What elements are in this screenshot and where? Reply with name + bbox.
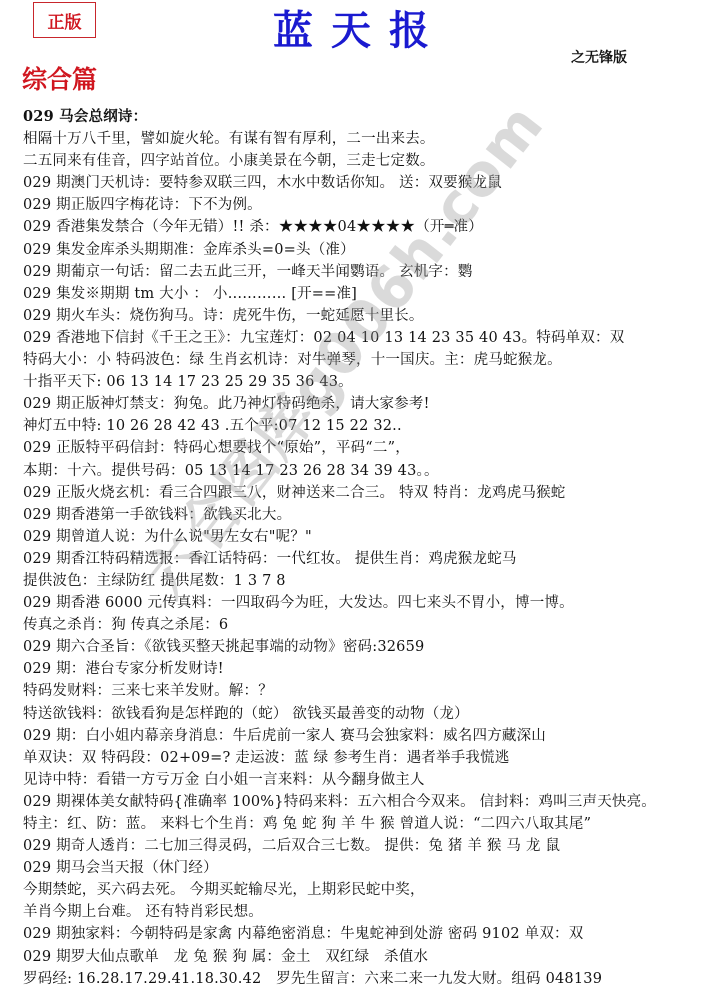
text-line: 神灯五中特: 10 26 28 42 43 .五个平:07 12 15 22 3… (23, 415, 715, 437)
text-line: 罗码经: 16.28.17.29.41.18.30.42 罗先生留言：六来二来一… (23, 968, 715, 990)
text-line: 相隔十万八千里，譬如旋火轮。有谋有智有厚利，二一出来去。 (23, 128, 715, 150)
text-line: 029 期澳门天机诗：要特参双联三四，木水中数话你知。 送：双要猴龙鼠 (23, 172, 715, 194)
text-line: 029 香港集发禁合（今年无错）!! 杀：★★★★04★★★★（开═准） (23, 216, 715, 238)
text-line: 今期禁蛇，买六码去死。 今期买蛇输尽光，上期彩民蛇中奖， (23, 879, 715, 901)
text-line: 029 期：白小姐内幕亲身消息：牛后虎前一家人 赛马会独家料：威名四方藏深山 (23, 725, 715, 747)
text-line: 029 期香港 6000 元传真料：一四取码今为旺，大发达。四七来头不胃小，博一… (23, 592, 715, 614)
article-body: 029 马会总纲诗： 相隔十万八千里，譬如旋火轮。有谋有智有厚利，二一出来去。 … (23, 106, 715, 990)
text-line: 029 期独家料：今朝特码是家禽 内幕绝密消息：牛鬼蛇神到处游 密码 9102 … (23, 923, 715, 945)
text-line: 029 期六合圣旨：《欲钱买整天挑起事端的动物》密码:32659 (23, 636, 715, 658)
version-badge: 正版 (33, 2, 96, 38)
text-line: 单双诀：双 特码段：02+09=? 走运波：蓝 绿 参考生肖：遇者举手我慌逃 (23, 747, 715, 769)
text-line: 029 期葡京一句话：留二去五此三开，一峰天半闻鹦语。 玄机字：鹦 (23, 261, 715, 283)
text-line: 十指平天下: 06 13 14 17 23 25 29 35 36 43。 (23, 371, 715, 393)
text-line: 提供波色：主绿防红 提供尾数：1 3 7 8 (23, 570, 715, 592)
text-line: 029 期裸体美女献特码{准确率 100%}特码来料：五六相合今双来。 信封料：… (23, 791, 715, 813)
text-line: 029 期正版四字梅花诗：下不为例。 (23, 194, 715, 216)
text-line: 029 期正版神灯禁支：狗兔。此乃神灯特码绝杀，请大家参考! (23, 393, 715, 415)
text-line: 029 期香港第一手欲钱料：欲钱买北大。 (23, 504, 715, 526)
text-line: 传真之杀肖：狗 传真之杀尾：6 (23, 614, 715, 636)
text-line: 羊肖今期上台难。 还有特肖彩民想。 (23, 901, 715, 923)
text-line: 029 集发金库杀头期期准：金库杀头=0=头（准） (23, 239, 715, 261)
text-line: 029 期曾道人说：为什么说"男左女右"呢？" (23, 526, 715, 548)
text-line: 029 期香江特码精选报：香江话特码：一代红妆。 提供生肖：鸡虎猴龙蛇马 (23, 548, 715, 570)
text-line: 029 期火车头：烧伤狗马。诗：虎死牛伤，一蛇延愿十里长。 (23, 305, 715, 327)
text-line: 二五同来有佳音，四字站首位。小康美景在今朝，三走七定数。 (23, 150, 715, 172)
text-line: 029 期奇人透肖：二七加三得灵码，二后双合三七数。 提供：兔 猪 羊 猴 马 … (23, 835, 715, 857)
section-title: 综合篇 (22, 60, 97, 96)
text-line: 029 期：港台专家分析发财诗! (23, 658, 715, 680)
text-line: 特主：红、防：蓝。 来料七个生肖：鸡 兔 蛇 狗 羊 牛 猴 曾道人说：“二四六… (23, 813, 715, 835)
text-line: 本期：十六。提供号码：05 13 14 17 23 26 28 34 39 43… (23, 460, 715, 482)
text-line: 特码发财料：三来七来羊发财。解：？ (23, 680, 715, 702)
text-line: 029 马会总纲诗： (23, 106, 715, 128)
page-title: 蓝天报 (250, 2, 470, 52)
edition-label: 之无锋版 (571, 47, 627, 67)
text-line: 029 正版特平码信封：特码心想要找个“原始”，平码“二”， (23, 437, 715, 459)
text-line: 029 正版火烧玄机：看三合四跟三八，财神送来二合三。 特双 特肖：龙鸡虎马猴蛇 (23, 482, 715, 504)
text-line: 029 香港地下信封《千王之王》：九宝莲灯：02 04 10 13 14 23 … (23, 327, 715, 349)
text-line: 特码大小：小 特码波色：绿 生肖玄机诗：对牛弹琴，十一国庆。主：虎马蛇猴龙。 (23, 349, 715, 371)
text-line: 特送欲钱料：欲钱看狗是怎样跑的（蛇） 欲钱买最善变的动物（龙） (23, 703, 715, 725)
text-line: 029 期马会当天报（休门经） (23, 857, 715, 879)
text-line: 见诗中特：看错一方亏万金 白小姐一言来料：从今翻身做主人 (23, 769, 715, 791)
text-line: 029 期罗大仙点歌单 龙 兔 猴 狗 属：金土 双红绿 杀值水 (23, 946, 715, 968)
text-line: 029 集发※期期 tm 大小 ： 小………… [开==准] (23, 283, 715, 305)
